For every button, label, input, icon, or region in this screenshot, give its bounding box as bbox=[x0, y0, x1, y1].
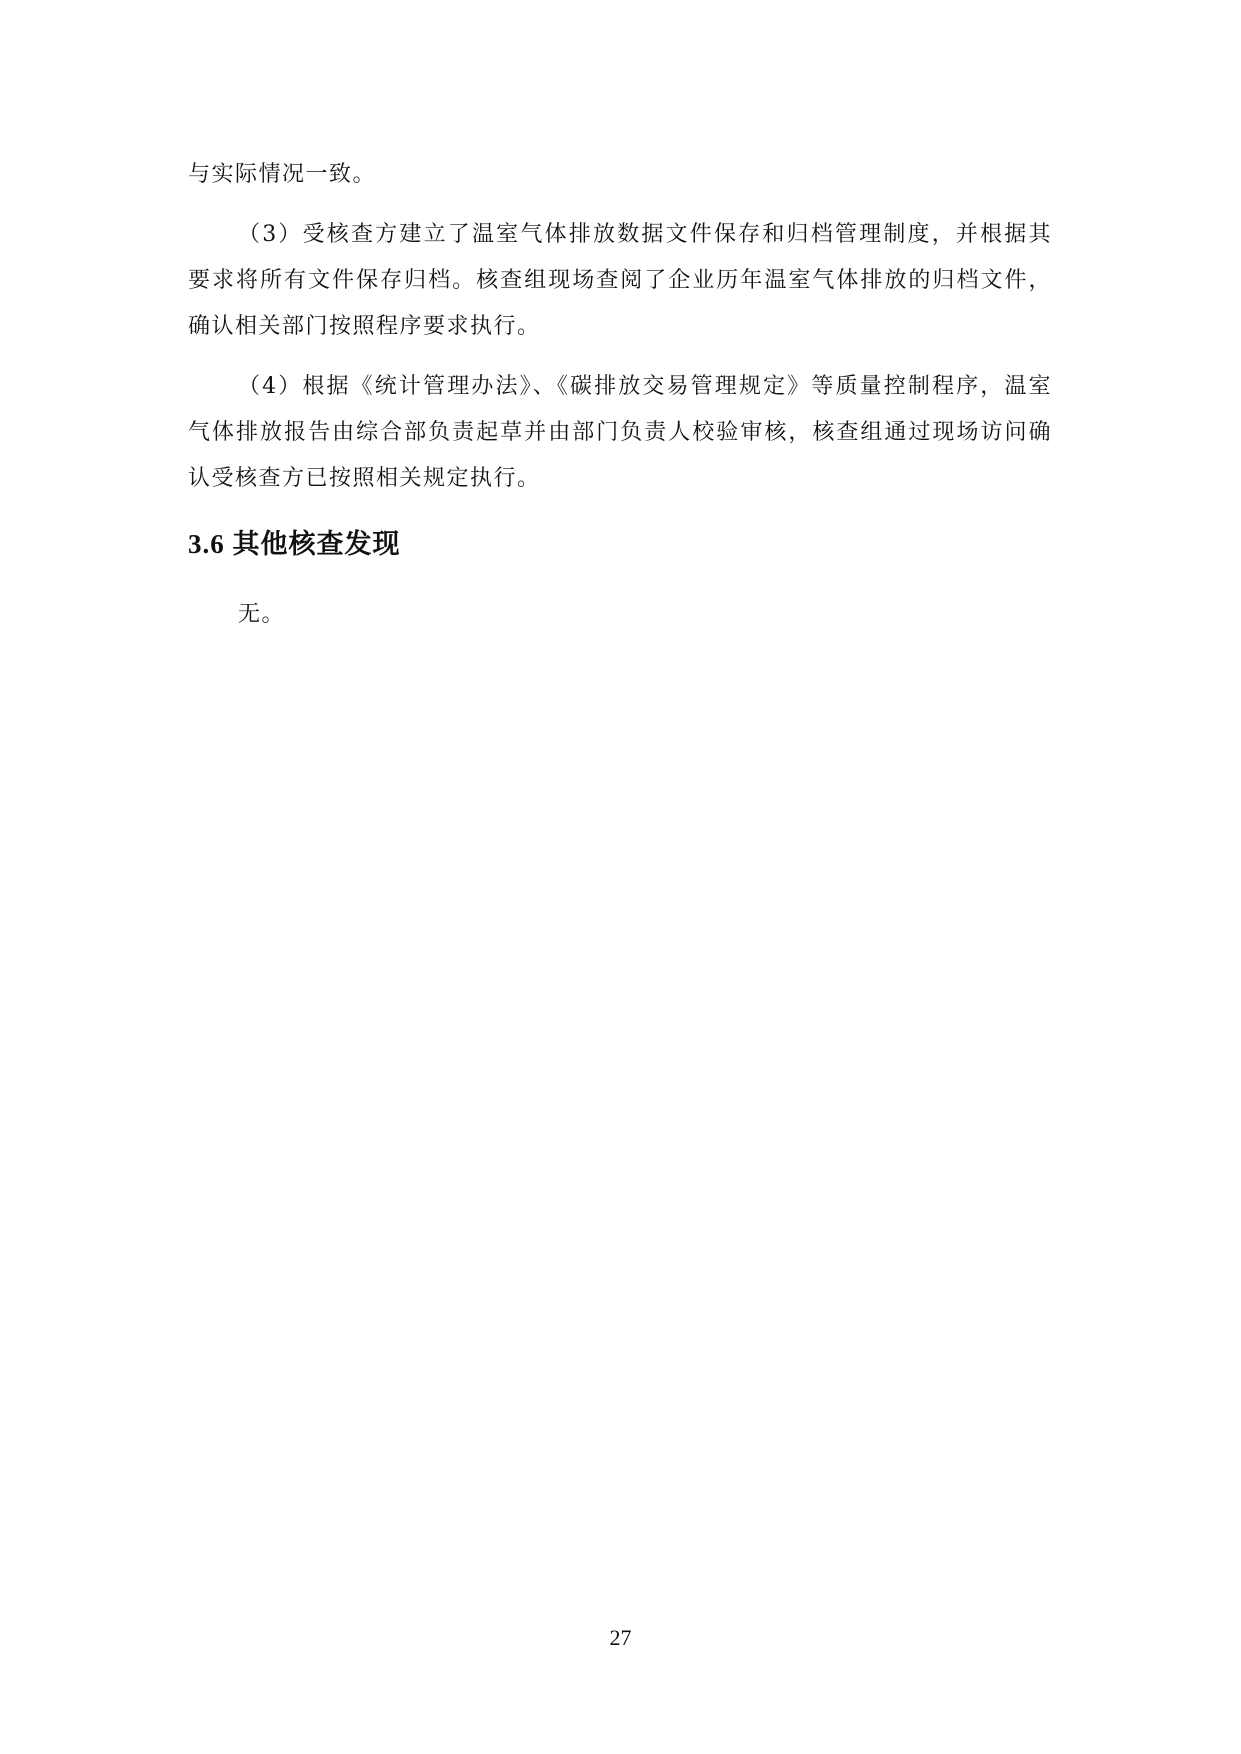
paragraph-item-4: （4）根据《统计管理办法》、《碳排放交易管理规定》等质量控制程序，温室气体排放报… bbox=[188, 364, 1052, 502]
page-content: 与实际情况一致。 （3）受核查方建立了温室气体排放数据文件保存和归档管理制度，并… bbox=[188, 152, 1052, 652]
section-heading: 3.6 其他核查发现 bbox=[188, 524, 1052, 564]
section-number: 3.6 bbox=[188, 529, 225, 559]
document-page: 与实际情况一致。 （3）受核查方建立了温室气体排放数据文件保存和归档管理制度，并… bbox=[0, 0, 1241, 1754]
page-number: 27 bbox=[0, 1625, 1241, 1651]
section-body: 无。 bbox=[188, 592, 1052, 638]
section-title: 其他核查发现 bbox=[233, 529, 401, 559]
paragraph-item-3: （3）受核查方建立了温室气体排放数据文件保存和归档管理制度，并根据其要求将所有文… bbox=[188, 212, 1052, 350]
paragraph-continuation: 与实际情况一致。 bbox=[188, 152, 1052, 198]
